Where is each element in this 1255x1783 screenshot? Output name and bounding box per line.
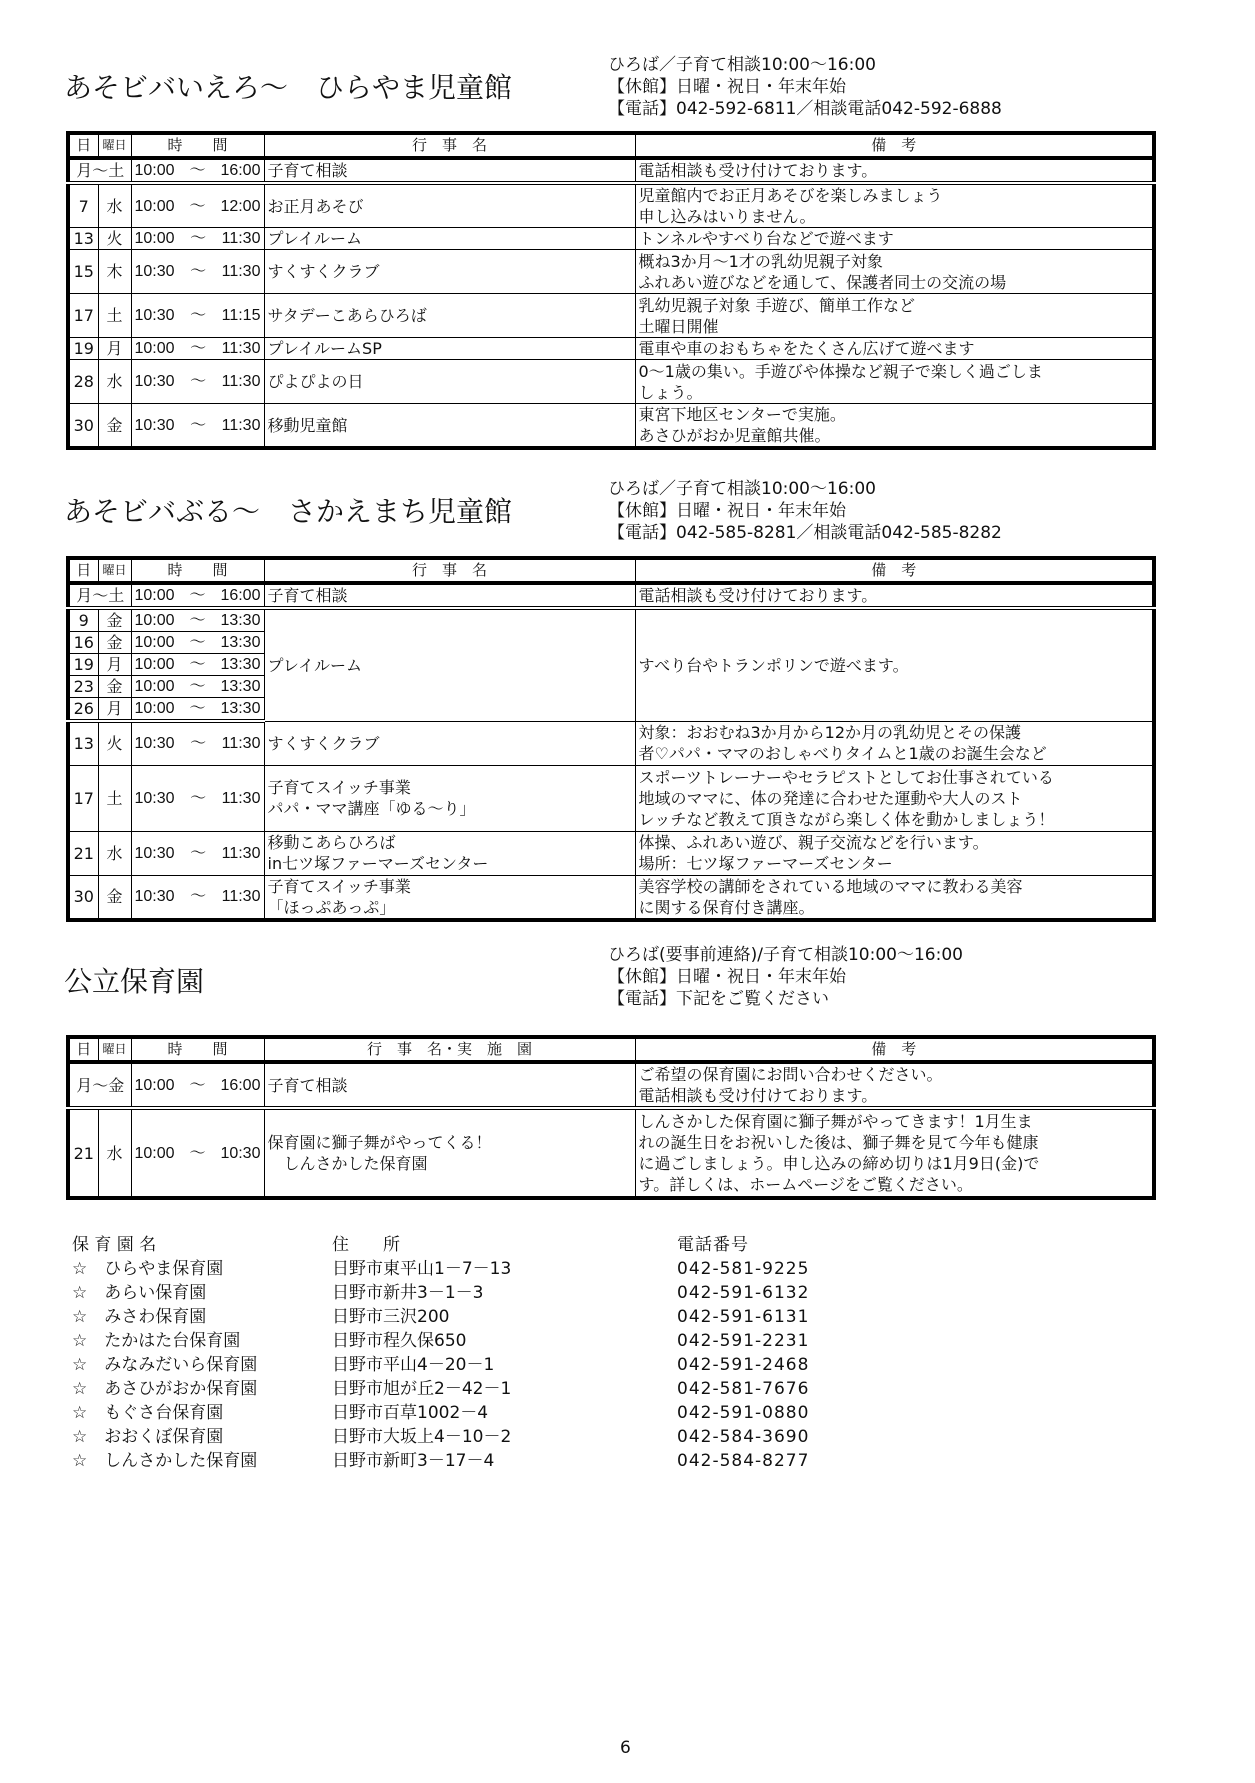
info-hours: ひろば／子育て相談10:00～16:00 [608, 54, 1002, 76]
cell-time: 10:30～11:30 [131, 765, 264, 831]
cell-time: 10:00～12:00 [131, 183, 264, 228]
cell-day: 7 [68, 183, 98, 228]
cell-day: 30 [68, 404, 98, 449]
cell-note: 電話相談も受け付けております。 [635, 158, 1154, 183]
cell-note: 乳幼児親子対象 手遊び、簡単工作など土曜日開催 [635, 294, 1154, 338]
star-icon: ☆ [72, 1427, 87, 1447]
cell-name: 移動児童館 [264, 404, 635, 449]
header-time: 時 間 [131, 558, 264, 583]
table-row: 15 木 10:30～11:30 すくすくクラブ 概ね3か月～1才の乳幼児親子対… [68, 250, 1154, 294]
cell-note: 電車や車のおもちゃをたくさん広げて遊べます [635, 338, 1154, 360]
list-header-address: 住 所 [332, 1233, 677, 1257]
info-phone: 【電話】下記をご覧ください [608, 988, 963, 1010]
section-title-hirayama: あそビバいえろ～ ひらやま児童館 [64, 66, 512, 106]
cell-name: プレイルーム [264, 228, 635, 250]
cell-day: 9 [68, 608, 98, 632]
cell-days: 月～土 [68, 158, 131, 183]
info-phone: 【電話】042-592-6811／相談電話042-592-6888 [608, 98, 1002, 120]
star-icon: ☆ [72, 1283, 87, 1303]
header-name: 行 事 名・実 施 園 [264, 1037, 635, 1062]
table-row: 19 月 10:00～11:30 プレイルームSP 電車や車のおもちゃをたくさん… [68, 338, 1154, 360]
star-icon: ☆ [72, 1307, 87, 1327]
cell-day: 26 [68, 698, 98, 722]
cell-day: 17 [68, 294, 98, 338]
table-row: 30 金 10:30～11:30 移動児童館 東宮下地区センターで実施。あさひが… [68, 404, 1154, 449]
cell-weekday: 水 [98, 831, 131, 875]
table-row-daily: 月～金 10:00～16:00 子育て相談 ご希望の保育園にお問い合わせください… [68, 1062, 1154, 1108]
cell-weekday: 月 [98, 654, 131, 676]
cell-day: 23 [68, 676, 98, 698]
cell-name: ぴよぴよの日 [264, 360, 635, 404]
table-row: 30 金 10:30～11:30 子育てスイッチ事業「ほっぷあっぷ」 美容学校の… [68, 875, 1154, 920]
section-info-sakaemachi: ひろば／子育て相談10:00～16:00 【休館】日曜・祝日・年末年始 【電話】… [608, 478, 1002, 544]
table-row: 17 土 10:30～11:30 子育てスイッチ事業パパ・ママ講座「ゆる～り」 … [68, 765, 1154, 831]
cell-weekday: 火 [98, 721, 131, 765]
cell-weekday: 土 [98, 294, 131, 338]
cell-time: 10:00～11:30 [131, 338, 264, 360]
table-row: 28 水 10:30～11:30 ぴよぴよの日 0～1歳の集い。手遊びや体操など… [68, 360, 1154, 404]
header-day: 日 [68, 133, 98, 158]
table-row: 21 水 10:30～11:30 移動こあらひろばin七ツ塚ファーマーズセンター… [68, 831, 1154, 875]
cell-day: 28 [68, 360, 98, 404]
cell-time: 10:00～16:00 [131, 158, 264, 183]
section-title-sakaemachi: あそビバぶる～ さかえまち児童館 [64, 490, 512, 530]
cell-note: トンネルやすべり台などで遊べます [635, 228, 1154, 250]
list-item: ☆ しんさかした保育園日野市新町3－17－4042-584-8277 [72, 1449, 809, 1473]
cell-note: 児童館内でお正月あそびを楽しみましょう申し込みはいりません。 [635, 183, 1154, 228]
table-row: 17 土 10:30～11:15 サタデーこあらひろば 乳幼児親子対象 手遊び、… [68, 294, 1154, 338]
cell-days: 月～金 [68, 1062, 131, 1108]
cell-name: 子育て相談 [264, 583, 635, 608]
cell-time: 10:30～11:30 [131, 875, 264, 920]
table-row: 21 水 10:00～10:30 保育園に獅子舞がやってくる！ しんさかした保育… [68, 1108, 1154, 1198]
cell-note: 対象：おおむね3か月から12か月の乳幼児とその保護者♡パパ・ママのおしゃべりタイ… [635, 721, 1154, 765]
cell-day: 19 [68, 338, 98, 360]
star-icon: ☆ [72, 1451, 87, 1471]
list-header-name: 保 育 園 名 [72, 1233, 332, 1257]
page-number: 6 [620, 1738, 631, 1758]
cell-time: 10:30～11:30 [131, 250, 264, 294]
cell-note: 概ね3か月～1才の乳幼児親子対象ふれあい遊びなどを通して、保護者同士の交流の場 [635, 250, 1154, 294]
cell-name: 子育て相談 [264, 1062, 635, 1108]
cell-time: 10:00～13:30 [131, 676, 264, 698]
cell-time: 10:00～13:30 [131, 698, 264, 722]
cell-time: 10:00～10:30 [131, 1108, 264, 1198]
cell-day: 21 [68, 831, 98, 875]
table-row: 7 水 10:00～12:00 お正月あそび 児童館内でお正月あそびを楽しみまし… [68, 183, 1154, 228]
header-note: 備 考 [635, 558, 1154, 583]
cell-note: 体操、ふれあい遊び、親子交流などを行います。場所：七ツ塚ファーマーズセンター [635, 831, 1154, 875]
cell-day: 17 [68, 765, 98, 831]
cell-name: プレイルームSP [264, 338, 635, 360]
cell-name: サタデーこあらひろば [264, 294, 635, 338]
cell-note: ご希望の保育園にお問い合わせください。電話相談も受け付けております。 [635, 1062, 1154, 1108]
cell-day: 15 [68, 250, 98, 294]
cell-time: 10:30～11:30 [131, 721, 264, 765]
cell-note: 美容学校の講師をされている地域のママに教わる美容に関する保育付き講座。 [635, 875, 1154, 920]
table-header: 日 曜日 時 間 行 事 名・実 施 園 備 考 [68, 1037, 1154, 1062]
cell-weekday: 金 [98, 632, 131, 654]
cell-weekday: 金 [98, 404, 131, 449]
info-hours: ひろば／子育て相談10:00～16:00 [608, 478, 1002, 500]
cell-days: 月～土 [68, 583, 131, 608]
list-item: ☆ みさわ保育園日野市三沢200042-591-6131 [72, 1305, 809, 1329]
cell-note: 電話相談も受け付けております。 [635, 583, 1154, 608]
cell-weekday: 水 [98, 360, 131, 404]
info-closed: 【休館】日曜・祝日・年末年始 [608, 76, 1002, 98]
cell-time: 10:00～13:30 [131, 654, 264, 676]
list-item: ☆ あらい保育園日野市新井3－1－3042-591-6132 [72, 1281, 809, 1305]
info-closed: 【休館】日曜・祝日・年末年始 [608, 500, 1002, 522]
cell-weekday: 月 [98, 338, 131, 360]
cell-time: 10:30～11:15 [131, 294, 264, 338]
cell-time: 10:00～16:00 [131, 583, 264, 608]
header-day: 日 [68, 558, 98, 583]
star-icon: ☆ [72, 1331, 87, 1351]
header-weekday: 曜日 [98, 558, 131, 583]
section-info-public-nursery: ひろば(要事前連絡)/子育て相談10:00～16:00 【休館】日曜・祝日・年末… [608, 944, 963, 1010]
cell-name: 子育てスイッチ事業パパ・ママ講座「ゆる～り」 [264, 765, 635, 831]
cell-weekday: 月 [98, 698, 131, 722]
table-row: 13 火 10:30～11:30 すくすくクラブ 対象：おおむね3か月から12か… [68, 721, 1154, 765]
cell-name: 子育てスイッチ事業「ほっぷあっぷ」 [264, 875, 635, 920]
table-row-daily: 月～土 10:00～16:00 子育て相談 電話相談も受け付けております。 [68, 158, 1154, 183]
header-name: 行 事 名 [264, 558, 635, 583]
info-phone: 【電話】042-585-8281／相談電話042-585-8282 [608, 522, 1002, 544]
info-closed: 【休館】日曜・祝日・年末年始 [608, 966, 963, 988]
cell-time: 10:00～13:30 [131, 632, 264, 654]
cell-name: プレイルーム [264, 608, 635, 721]
star-icon: ☆ [72, 1259, 87, 1279]
cell-note: 東宮下地区センターで実施。あさひがおか児童館共催。 [635, 404, 1154, 449]
cell-weekday: 木 [98, 250, 131, 294]
cell-time: 10:30～11:30 [131, 404, 264, 449]
cell-time: 10:30～11:30 [131, 360, 264, 404]
cell-note: すべり台やトランポリンで遊べます。 [635, 608, 1154, 721]
header-day: 日 [68, 1037, 98, 1062]
cell-time: 10:30～11:30 [131, 831, 264, 875]
cell-note: スポーツトレーナーやセラピストとしてお仕事されている地域のママに、体の発達に合わ… [635, 765, 1154, 831]
cell-day: 19 [68, 654, 98, 676]
cell-weekday: 金 [98, 608, 131, 632]
table-row-playroom: 9 金 10:00～13:30 プレイルーム すべり台やトランポリンで遊べます。 [68, 608, 1154, 632]
cell-weekday: 土 [98, 765, 131, 831]
cell-day: 30 [68, 875, 98, 920]
info-hours: ひろば(要事前連絡)/子育て相談10:00～16:00 [608, 944, 963, 966]
table-row-daily: 月～土 10:00～16:00 子育て相談 電話相談も受け付けております。 [68, 583, 1154, 608]
header-note: 備 考 [635, 1037, 1154, 1062]
cell-time: 10:00～16:00 [131, 1062, 264, 1108]
header-note: 備 考 [635, 133, 1154, 158]
list-item: ☆ ひらやま保育園日野市東平山1－7－13042-581-9225 [72, 1257, 809, 1281]
cell-weekday: 火 [98, 228, 131, 250]
cell-weekday: 水 [98, 1108, 131, 1198]
cell-day: 13 [68, 228, 98, 250]
list-item: ☆ たかはた台保育園日野市程久保650042-591-2231 [72, 1329, 809, 1353]
nursery-list: 保 育 園 名 住 所 電話番号 ☆ ひらやま保育園日野市東平山1－7－1304… [72, 1233, 809, 1473]
list-header-phone: 電話番号 [677, 1233, 749, 1257]
header-weekday: 曜日 [98, 1037, 131, 1062]
header-weekday: 曜日 [98, 133, 131, 158]
table-header: 日 曜日 時 間 行 事 名 備 考 [68, 558, 1154, 583]
list-item: ☆ みなみだいら保育園日野市平山4－20－1042-591-2468 [72, 1353, 809, 1377]
cell-name: すくすくクラブ [264, 721, 635, 765]
section-title-public-nursery: 公立保育園 [64, 960, 204, 1000]
cell-name: 移動こあらひろばin七ツ塚ファーマーズセンター [264, 831, 635, 875]
list-item: ☆ あさひがおか保育園日野市旭が丘2－42－1042-581-7676 [72, 1377, 809, 1401]
cell-name: 保育園に獅子舞がやってくる！ しんさかした保育園 [264, 1108, 635, 1198]
cell-weekday: 水 [98, 183, 131, 228]
star-icon: ☆ [72, 1403, 87, 1423]
list-item: ☆ おおくぼ保育園日野市大坂上4－10－2042-584-3690 [72, 1425, 809, 1449]
list-item: ☆ もぐさ台保育園日野市百草1002－4042-591-0880 [72, 1401, 809, 1425]
section-info-hirayama: ひろば／子育て相談10:00～16:00 【休館】日曜・祝日・年末年始 【電話】… [608, 54, 1002, 120]
cell-day: 13 [68, 721, 98, 765]
cell-name: すくすくクラブ [264, 250, 635, 294]
table-row: 13 火 10:00～11:30 プレイルーム トンネルやすべり台などで遊べます [68, 228, 1154, 250]
cell-day: 21 [68, 1108, 98, 1198]
cell-day: 16 [68, 632, 98, 654]
list-header: 保 育 園 名 住 所 電話番号 [72, 1233, 809, 1257]
star-icon: ☆ [72, 1379, 87, 1399]
header-name: 行 事 名 [264, 133, 635, 158]
cell-name: お正月あそび [264, 183, 635, 228]
cell-note: 0～1歳の集い。手遊びや体操など親子で楽しく過ごしましょう。 [635, 360, 1154, 404]
cell-weekday: 金 [98, 875, 131, 920]
star-icon: ☆ [72, 1355, 87, 1375]
header-time: 時 間 [131, 133, 264, 158]
cell-name: 子育て相談 [264, 158, 635, 183]
cell-time: 10:00～11:30 [131, 228, 264, 250]
table-header: 日 曜日 時 間 行 事 名 備 考 [68, 133, 1154, 158]
cell-time: 10:00～13:30 [131, 608, 264, 632]
cell-weekday: 金 [98, 676, 131, 698]
cell-note: しんさかした保育園に獅子舞がやってきます！1月生まれの誕生日をお祝いした後は、獅… [635, 1108, 1154, 1198]
header-time: 時 間 [131, 1037, 264, 1062]
